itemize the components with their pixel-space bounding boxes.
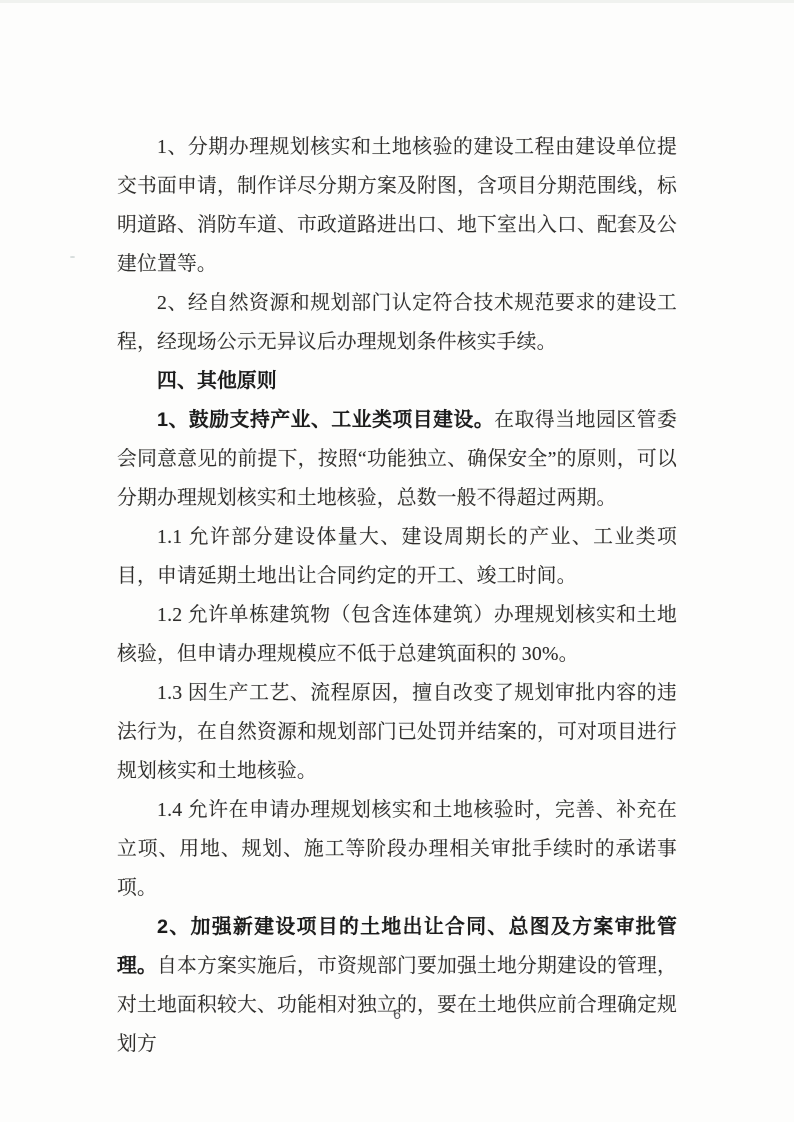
paragraph-industrial-projects: 1、鼓励支持产业、工业类项目建设。在取得当地园区管委会同意意见的前提下，按照“功… xyxy=(117,401,677,518)
paragraph-item-1-1: 1.1 允许部分建设体量大、建设周期长的产业、工业类项目，申请延期土地出让合同约… xyxy=(117,518,677,596)
text-run: 1.4 允许在申请办理规划核实和土地核验时，完善、补充在立项、用地、规划、施工等… xyxy=(117,799,677,899)
document-body: 1、分期办理规划核实和土地核验的建设工程由建设单位提交书面申请，制作详尽分期方案… xyxy=(117,128,677,1064)
bold-text-run: 1、鼓励支持产业、工业类项目建设。 xyxy=(157,409,494,431)
paragraph-item-1-4: 1.4 允许在申请办理规划核实和土地核验时，完善、补充在立项、用地、规划、施工等… xyxy=(117,791,677,908)
paragraph-contract-management: 2、加强新建设项目的土地出让合同、总图及方案审批管理。自本方案实施后，市资规部门… xyxy=(117,908,677,1064)
text-run: 自本方案实施后，市资规部门要加强土地分期建设的管理，对土地面积较大、功能相对独立… xyxy=(117,955,677,1055)
paragraph-item-1-2: 1.2 允许单栋建筑物（包含连体建筑）办理规划核实和土地核验，但申请办理规模应不… xyxy=(117,596,677,674)
paragraph-phased-application: 1、分期办理规划核实和土地核验的建设工程由建设单位提交书面申请，制作详尽分期方案… xyxy=(117,128,677,284)
paragraph-item-1-3: 1.3 因生产工艺、流程原因，擅自改变了规划审批内容的违法行为，在自然资源和规划… xyxy=(117,674,677,791)
section-heading-other-principles: 四、其他原则 xyxy=(117,362,677,401)
page-number: 6 xyxy=(0,1008,794,1024)
text-run: 2、经自然资源和规划部门认定符合技术规范要求的建设工程，经现场公示无异议后办理规… xyxy=(117,292,677,353)
document-page: 1、分期办理规划核实和土地核验的建设工程由建设单位提交书面申请，制作详尽分期方案… xyxy=(0,0,794,1122)
text-run: 1.1 允许部分建设体量大、建设周期长的产业、工业类项目，申请延期土地出让合同约… xyxy=(117,526,677,587)
text-run: 1.2 允许单栋建筑物（包含连体建筑）办理规划核实和土地核验，但申请办理规模应不… xyxy=(117,604,677,665)
paragraph-technical-acceptance: 2、经自然资源和规划部门认定符合技术规范要求的建设工程，经现场公示无异议后办理规… xyxy=(117,284,677,362)
text-run: 1.3 因生产工艺、流程原因，擅自改变了规划审批内容的违法行为，在自然资源和规划… xyxy=(117,682,677,782)
scan-edge-artifact xyxy=(0,0,794,3)
scan-speck xyxy=(70,256,75,258)
text-run: 1、分期办理规划核实和土地核验的建设工程由建设单位提交书面申请，制作详尽分期方案… xyxy=(117,136,677,275)
heading-text-run: 四、其他原则 xyxy=(157,370,277,392)
